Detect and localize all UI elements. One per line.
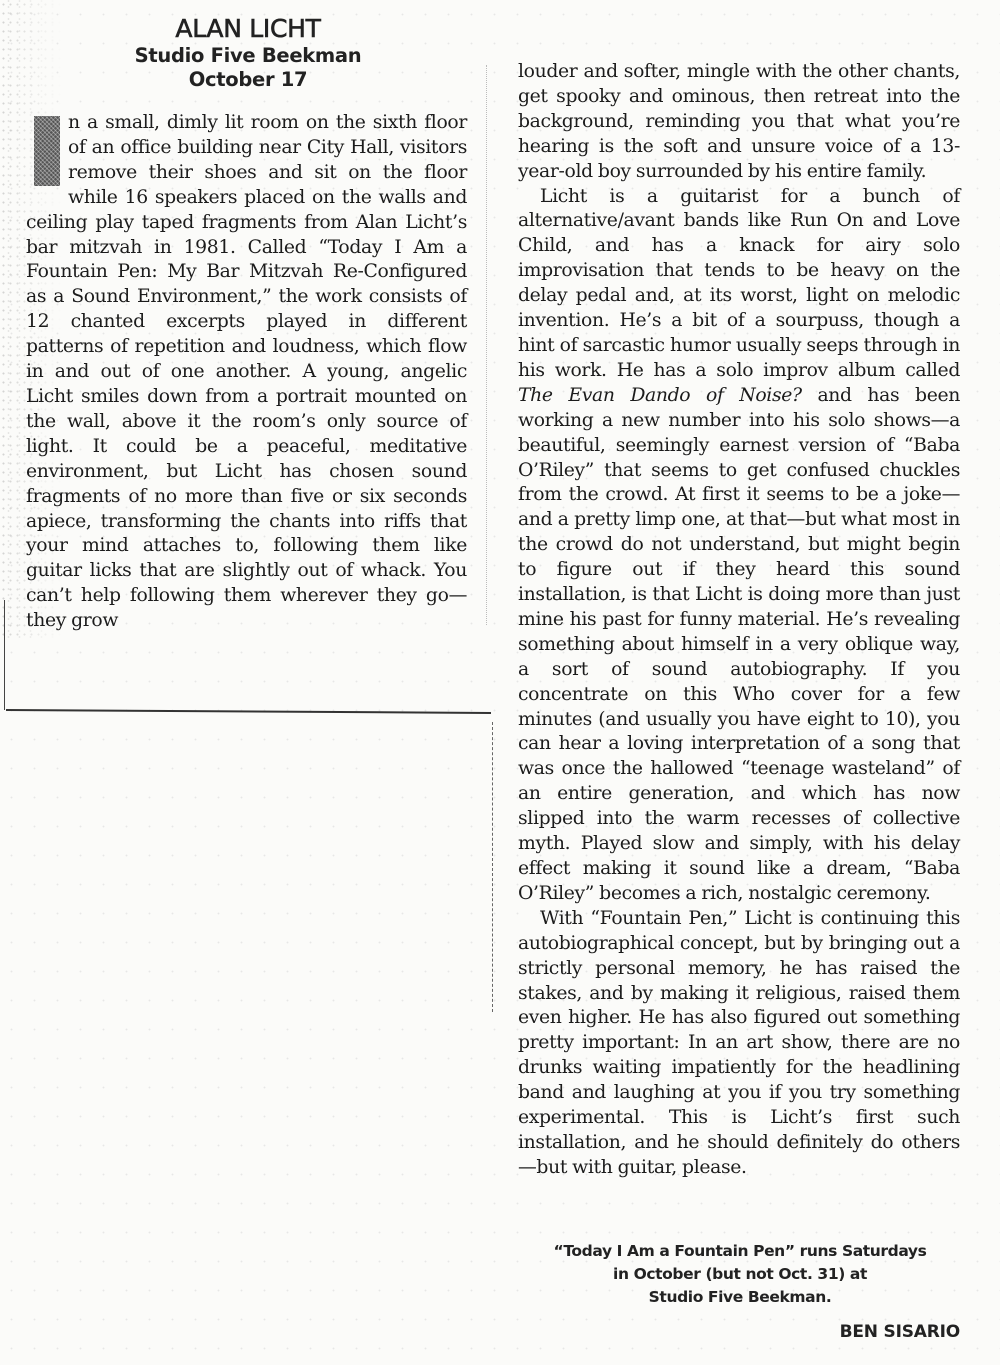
paragraph-1-text: n a small, dimly lit room on the sixth f… <box>26 112 467 631</box>
article-column-left: In a small, dimly lit room on the sixth … <box>26 111 467 634</box>
article-paragraph-1: In a small, dimly lit room on the sixth … <box>26 111 467 634</box>
event-info-note: “Today I Am a Fountain Pen” runs Saturda… <box>520 1240 960 1309</box>
drop-cap-I: I <box>34 116 60 186</box>
album-title: The Evan Dando of Noise? <box>518 385 802 406</box>
paragraph-2-text-b: and has been working a new number into h… <box>518 385 960 904</box>
article-column-right: louder and softer, mingle with the other… <box>518 60 960 1181</box>
event-date: October 17 <box>100 67 396 92</box>
article-paragraph-2: Licht is a guitarist for a bunch of alte… <box>518 185 960 907</box>
event-info-line-3: Studio Five Beekman. <box>520 1286 960 1309</box>
author-byline: BEN SISARIO <box>780 1322 960 1342</box>
paragraph-2-text-a: Licht is a guitarist for a bunch of alte… <box>518 186 960 381</box>
article-paragraph-3: With “Fountain Pen,” Licht is continuing… <box>518 907 960 1181</box>
event-info-line-2: in October (but not Oct. 31) at <box>520 1263 960 1286</box>
article-header: ALAN LICHT Studio Five Beekman October 1… <box>100 14 396 92</box>
article-paragraph-1-continued: louder and softer, mingle with the other… <box>518 60 960 185</box>
clipping-border-right <box>492 722 493 1012</box>
clipping-border-left <box>4 600 5 710</box>
column-gutter-divider <box>486 65 487 625</box>
clipping-border-bottom <box>6 709 491 714</box>
article-title: ALAN LICHT <box>100 14 396 44</box>
event-info-line-1: “Today I Am a Fountain Pen” runs Saturda… <box>520 1240 960 1263</box>
venue-name: Studio Five Beekman <box>100 44 396 67</box>
